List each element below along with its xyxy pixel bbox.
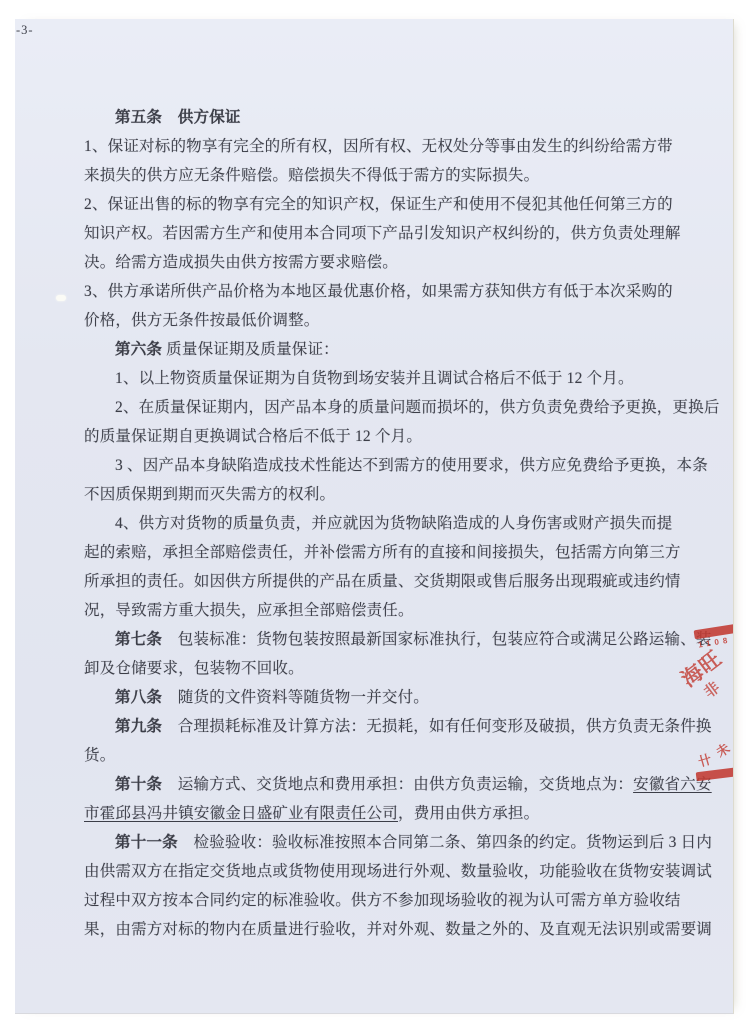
text-line: 不因质保期到期而灭失需方的权利。 [84,480,696,509]
text-line: 第五条 供方保证 [84,103,696,132]
text-line: 起的索赔，承担全部赔偿责任，并补偿需方所有的直接和间接损失，包括需方向第三方 [84,538,696,567]
text-line: 卸及仓储要求，包装物不回收。 [84,654,696,683]
text-line: 3、供方承诺所供产品价格为本地区最优惠价格，如果需方获知供方有低于本次采购的 [84,277,696,306]
text-line: 过程中双方按本合同约定的标准验收。供方不参加现场验收的视为认可需方单方验收结 [84,886,696,915]
text-line: 第十条 运输方式、交货地点和费用承担：由供方负责运输，交货地点为：安徽省六安 [84,770,696,799]
text-line: 价格，供方无条件按最低价调整。 [84,306,696,335]
text-line: 第九条 合理损耗标准及计算方法：无损耗，如有任何变形及破损，供方负责无条件换 [84,712,696,741]
text-line: 2、保证出售的标的物享有完全的知识产权，保证生产和使用不侵犯其他任何第三方的 [84,190,696,219]
scan-speck-light [56,295,66,301]
text-line: 第八条 随货的文件资料等随货物一并交付。 [84,683,696,712]
text-line: 3 、因产品本身缺陷造成技术性能达不到需方的使用要求，供方应免费给予更换，本条 [84,451,696,480]
text-line: 第七条 包装标准：货物包装按照最新国家标准执行，包装应符合或满足公路运输、装 [84,625,696,654]
text-line: 知识产权。若因需方生产和使用本合同项下产品引发知识产权纠纷的，供方负责处理解 [84,219,696,248]
text-line: 果，由需方对标的物内在质量进行验收，并对外观、数量之外的、及直观无法识别或需要调 [84,915,696,944]
text-line: 由供需双方在指定交货地点或货物使用现场进行外观、数量验收，功能验收在货物安装调试 [84,857,696,886]
stamp-mark-right: 未 [712,738,733,761]
text-line: 的质量保证期自更换调试合格后不低于 12 个月。 [84,422,696,451]
text-line: 市霍邱县冯井镇安徽金日盛矿业有限责任公司，费用由供方承担。 [84,799,696,828]
text-line: 4、供方对货物的质量负责，并应就因为货物缺陷造成的人身伤害或财产损失而提 [84,509,696,538]
text-line: 第六条 质量保证期及质量保证： [84,335,696,364]
stamp-mark-left: 卄 [696,749,714,771]
text-line: 2、在质量保证期内，因产品本身的质量问题而损坏的，供方负责免费给予更换，更换后 [84,393,696,422]
text-line: 况，导致需方重大损失，应承担全部赔偿责任。 [84,596,696,625]
page-sheet: 第五条 供方保证1、保证对标的物享有完全的所有权，因所有权、无权处分等事由发生的… [15,19,734,1014]
text-line: 第十一条 检验验收：验收标准按照本合同第二条、第四条的约定。货物运到后 3 日内 [84,828,696,857]
text-line: 所承担的责任。如因供方所提供的产品在质量、交货期限或售后服务出现瑕疵或违约情 [84,567,696,596]
document-body: 第五条 供方保证1、保证对标的物享有完全的所有权，因所有权、无权处分等事由发生的… [84,103,696,944]
stamp-character-sub: 非 [699,677,724,703]
text-line: 来损失的供方应无条件赔偿。赔偿损失不得低于需方的实际损失。 [84,161,696,190]
text-line: 1、保证对标的物享有完全的所有权，因所有权、无权处分等事由发生的纠纷给需方带 [84,132,696,161]
page-number: -3- [15,20,733,40]
text-line: 1、以上物资质量保证期为自货物到场安装并且调试合格后不低于 12 个月。 [84,364,696,393]
text-line: 货。 [84,741,696,770]
text-line: 决。给需方造成损失由供方按需方要求赔偿。 [84,248,696,277]
scanned-contract-page: 第五条 供方保证1、保证对标的物享有完全的所有权，因所有权、无权处分等事由发生的… [0,0,750,1029]
